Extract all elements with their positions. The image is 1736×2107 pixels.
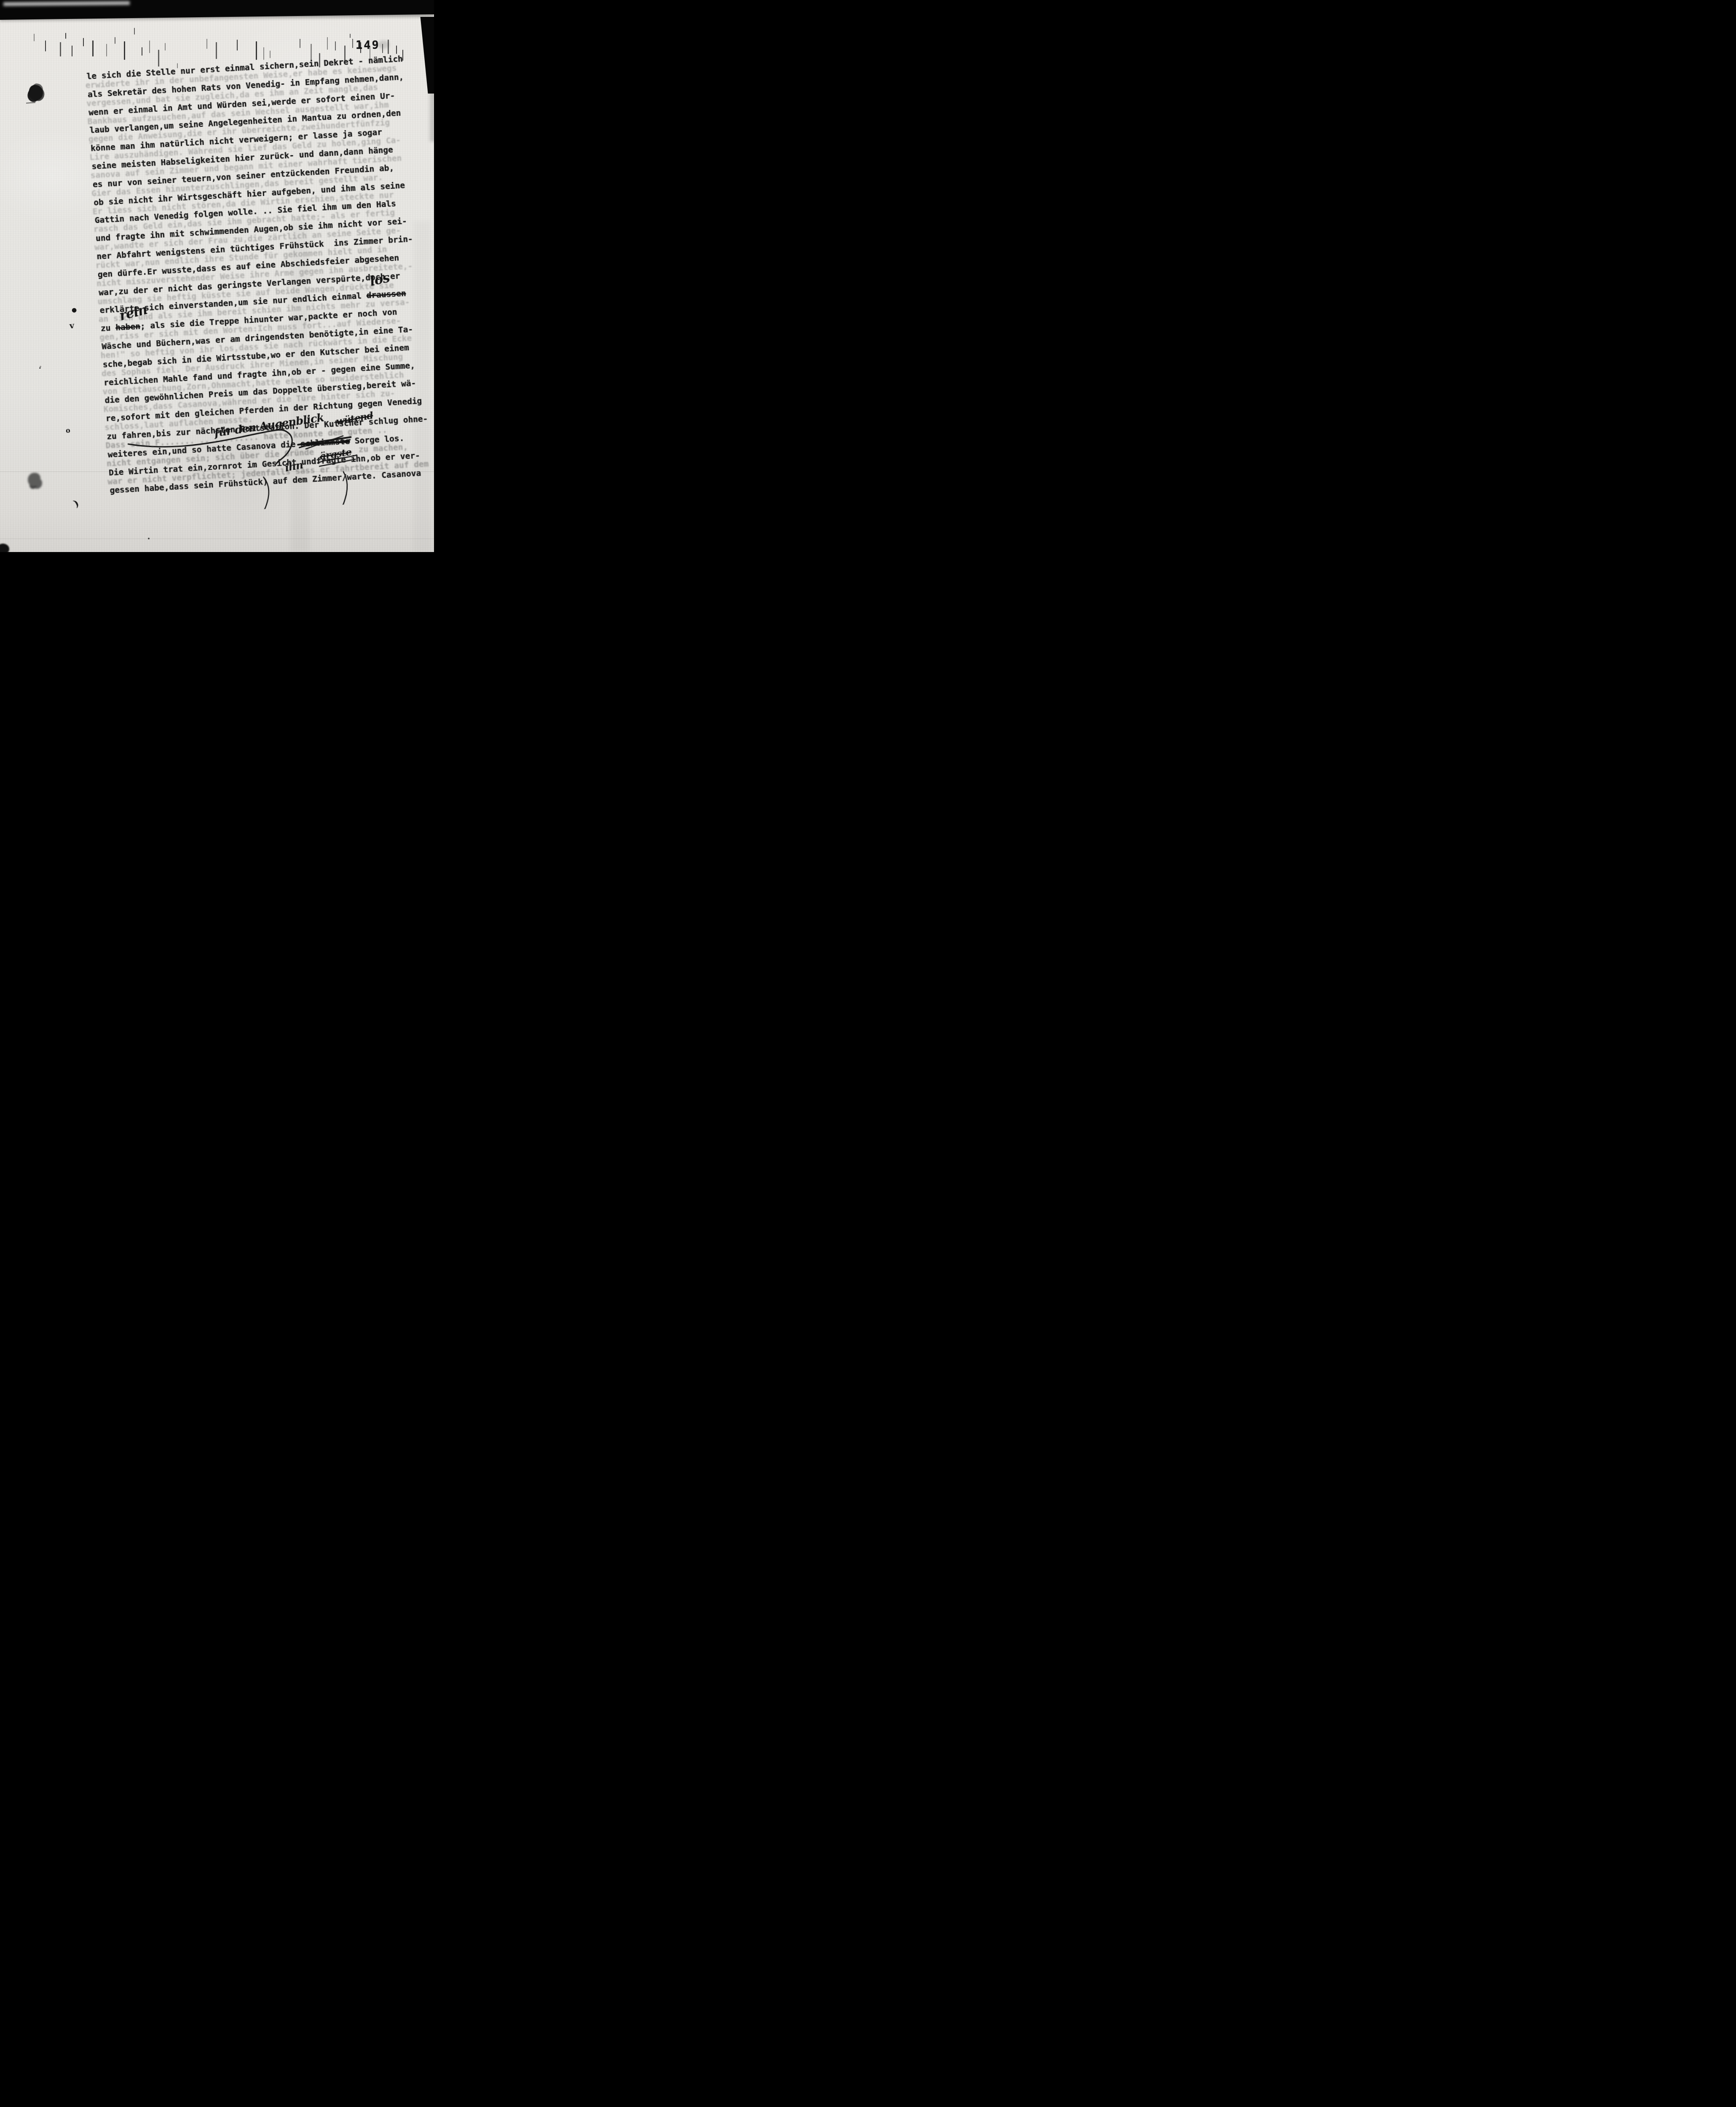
manuscript-scan-page: 149 erwiderte ihr in der unbefangensten … bbox=[0, 0, 434, 552]
strikethrough-word: haben bbox=[115, 322, 141, 332]
film-tick bbox=[124, 41, 125, 60]
typescript-block: erwiderte ihr in der unbefangensten Weis… bbox=[86, 53, 434, 517]
film-tick bbox=[92, 40, 94, 56]
margin-mark-v-mark: v bbox=[69, 321, 75, 330]
film-tick bbox=[388, 40, 389, 54]
margin-mark-small-dot: . bbox=[39, 362, 41, 370]
margin-mark-dot-mark: ● bbox=[72, 307, 77, 314]
scan-hairline bbox=[0, 539, 434, 539]
margin-mark-o-mark: o bbox=[65, 426, 70, 435]
film-tick bbox=[256, 41, 257, 60]
film-tick bbox=[216, 42, 217, 59]
page-number: 149 bbox=[356, 39, 380, 52]
typed-text: zu bbox=[100, 323, 115, 333]
page-edge-shadow bbox=[428, 91, 434, 142]
dust-speck bbox=[148, 538, 150, 539]
film-tick bbox=[158, 50, 159, 67]
film-tick bbox=[60, 42, 61, 56]
